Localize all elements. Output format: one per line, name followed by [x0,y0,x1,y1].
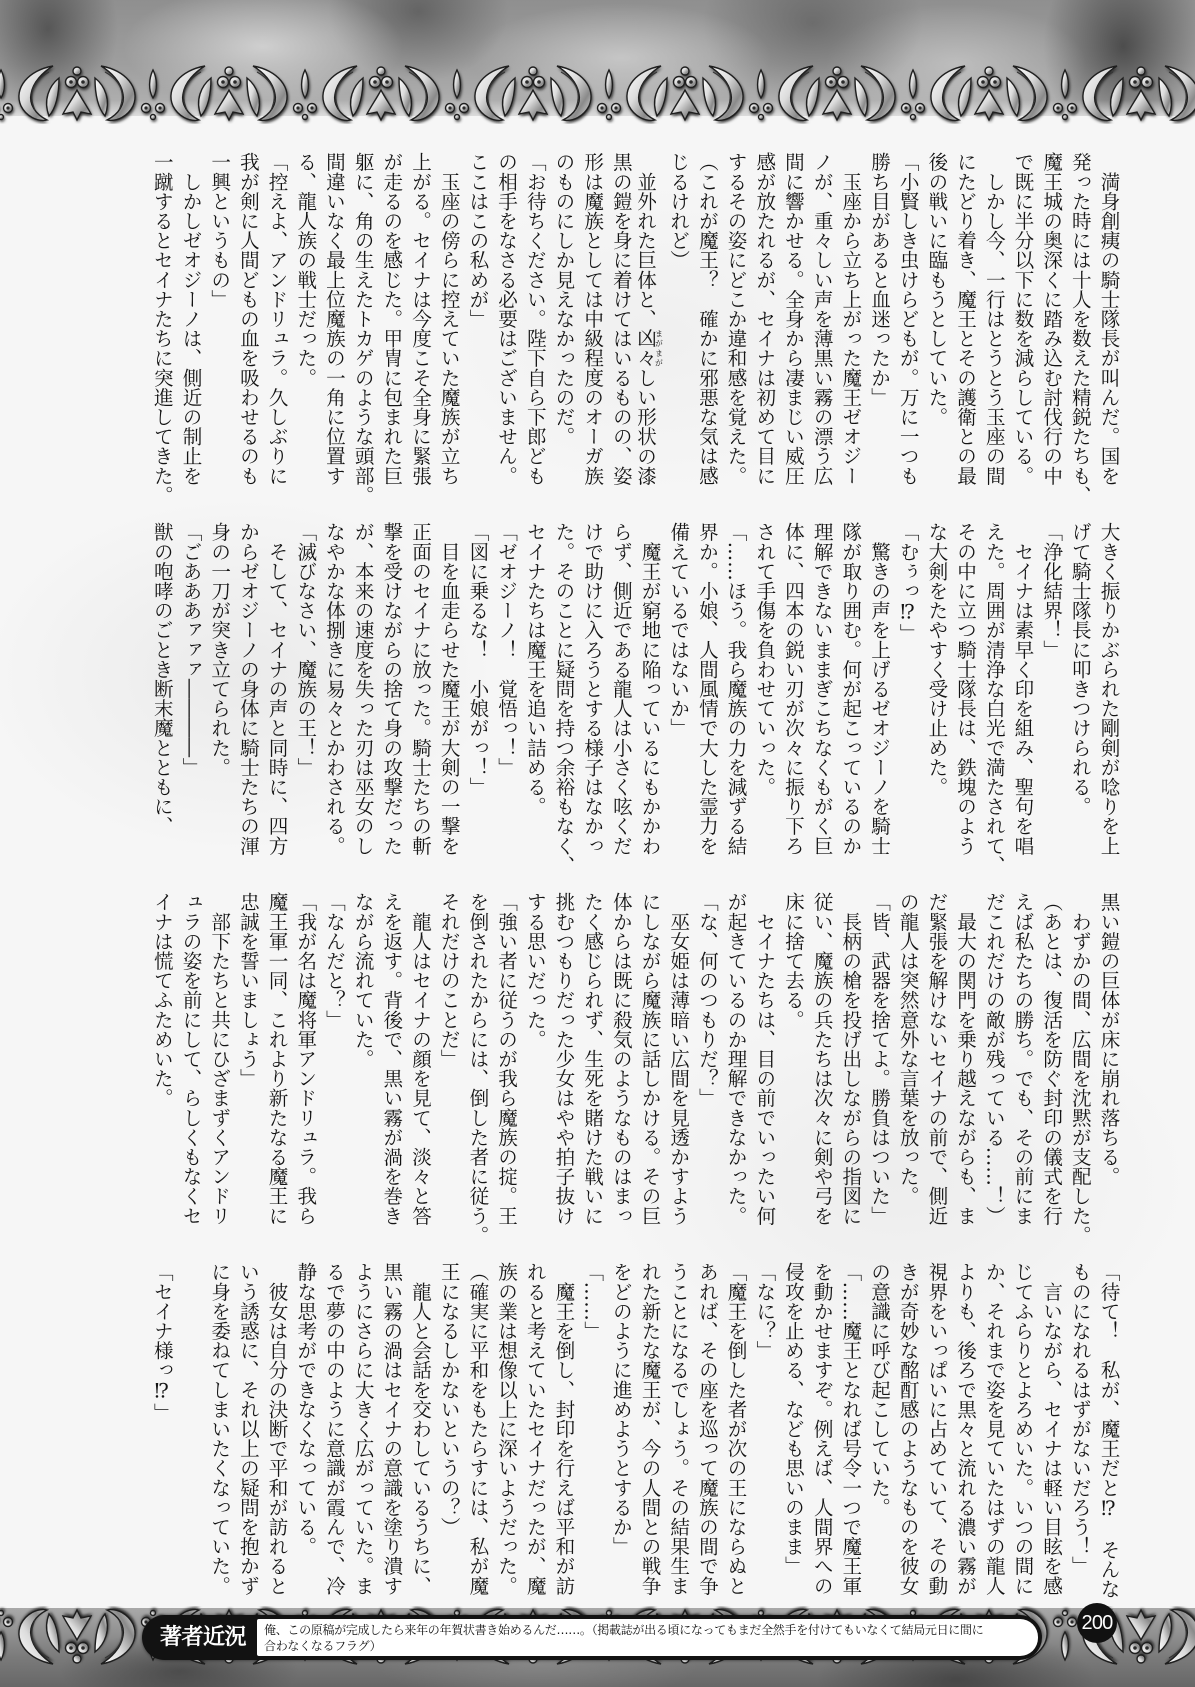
text-column: る、龍人族の戦士だった。 [290,152,319,488]
text-column: 後の戦いに臨もうとしていた。 [921,152,950,488]
text-column: にしながら魔族に話しかける。その巨 [634,892,663,1228]
text-column: 「強い者に従うのが我ら魔族の掟。王 [491,892,520,1228]
text-column: えた。周囲が清浄な白光で満たされて、 [979,522,1008,858]
text-column: 驚きの声を上げるゼオジーノを騎士 [864,522,893,858]
text-column: 身の一刀が突き立てられた。 [204,522,233,858]
text-column: 龍人と会話を交わしているうちに、 [405,1262,434,1598]
text-column: 「待て！ 私が、魔王だと⁉ そんな [1093,1262,1122,1598]
text-column: 龍人はセイナの顔を見て、淡々と答 [405,892,434,1228]
text-column: セイナたちは、目の前でいったい何 [749,892,778,1228]
text-column: あれば、その座を巡って魔族の間で争 [692,1262,721,1598]
text-column: （あとは、復活を防ぐ封印の儀式を行 [1036,892,1065,1228]
text-column: 静な思考ができなくなっている。 [290,1262,319,1598]
ruby-reading: まがまが [655,328,664,367]
text-column: 最大の関門を乗り越えながらも、ま [950,892,979,1228]
text-column: 「な、何のつもりだ？」 [692,892,721,1228]
text-column: にたどり着き、魔王とその護衛との最 [950,152,979,488]
text-column: ノが、重々しい声を薄黒い霧の漂う広 [806,152,835,488]
text-column: 従い、魔族の兵たちは次々に剣や弓を [806,892,835,1228]
text-column: 備えているではないか」 [663,522,692,858]
text-column: セイナたちは魔王を追い詰める。 [520,522,549,858]
author-note-box: 俺、この原稿が完成したら来年の年賀状書き始めるんだ……。（掲載誌が出る頃になって… [257,1619,1038,1656]
text-column: 「……ほう。我ら魔族の力を減ずる結 [720,522,749,858]
text-column: その中に立つ騎士隊長は、鉄塊のよう [950,522,979,858]
text-column: 床に捨て去る。 [778,892,807,1228]
text-column: をどのように進めようとするか」 [606,1262,635,1598]
text-column: 獣の咆哮のごとき断末魔とともに、 [147,522,176,858]
text-column: 忠誠を誓いましょう」 [233,892,262,1228]
text-column: えば私たちの勝ち。でも、その前にま [1007,892,1036,1228]
text-column: れた新たな魔王が、今の人間との戦争 [634,1262,663,1598]
text-column: 正面のセイナに放った。騎士たちの斬 [405,522,434,858]
text-column: ュラの姿を前にして、らしくもなくセ [175,892,204,1228]
ruby-annotation: 凶々まがまが [634,328,657,367]
text-column: らず、側近である龍人は小さく呟くだ [606,522,635,858]
text-column: 「小賢しき虫けらどもが。万に一つも [893,152,922,488]
text-column: が走るのを感じた。甲冑に包まれた巨 [376,152,405,488]
text-column: 玉座から立ち上がった魔王ゼオジー [835,152,864,488]
text-column: を倒されたからには、倒した者に従う。 [462,892,491,1228]
text-column: 「……魔王となれば号令一つで魔王軍 [835,1262,864,1598]
text-column: 侵攻を止める、なども思いのまま」 [778,1262,807,1598]
text-column: 「滅びなさい、魔族の王！」 [290,522,319,858]
text-column: 理解できないままぎこちなくもがく巨 [806,522,835,858]
text-column: 彼女は自分の決断で平和が訪れると [261,1262,290,1598]
text-column: のものにしか見えなかったのだ。 [548,152,577,488]
text-column: 勝ち目があると血迷ったか」 [864,152,893,488]
text-column: けで助けに入ろうとする様子はなかっ [577,522,606,858]
text-column: を動かせますぞ。例えば、人間界への [806,1262,835,1598]
author-note-line-2: 合わなくなるフラグ） [264,1638,1038,1654]
text-column: からゼオジーノの身体に騎士たちの渾 [233,522,262,858]
text-column: 界か。小娘、人間風情で大した霊力を [692,522,721,858]
author-note-line-1: 俺、この原稿が完成したら来年の年賀状書き始めるんだ……。（掲載誌が出る頃になって… [264,1622,1038,1638]
text-column: 王になるしかないというの？） [434,1262,463,1598]
text-column: 長柄の槍を投げ出しながらの指図に [835,892,864,1228]
text-column: が起きているのか理解できなかった。 [720,892,749,1228]
text-column: で既に半分以下に数を減らしている。 [1007,152,1036,488]
text-column: 「魔王を倒した者が次の王にならぬと [720,1262,749,1598]
text-column: きが奇妙な酩酊感のようなものを彼女 [893,1262,922,1598]
text-column [175,1262,204,1598]
text-column: ここはこの私めが」 [462,152,491,488]
text-column: 族の業は想像以上に深いようだった。 [491,1262,520,1598]
text-tier-4: 「待て！ 私が、魔王だと⁉ そんな ものになれるはずがないだろう！」 言いながら… [146,1262,1122,1598]
text-column: たく感じられず、生死を賭けた戦いに [577,892,606,1228]
text-column: 間に響かせる。全身から凄まじい威圧 [778,152,807,488]
text-column: じるけれど） [663,152,692,488]
text-column: 大きく振りかぶられた剛剣が唸りを上 [1093,522,1122,858]
text-column: 体からは既に殺気のようなものはまっ [606,892,635,1228]
text-column: しかしゼオジーノは、側近の制止を [175,152,204,488]
text-column: の相手をなさる必要はございません。 [491,152,520,488]
text-column: 「なんだと？」 [319,892,348,1228]
text-column: 「皆、武器を捨てよ。勝負はついた」 [864,892,893,1228]
text-column: 黒の鎧を身に着けてはいるものの、姿 [606,152,635,488]
page-number-badge: 200 [1077,1603,1117,1643]
text-column: 巫女姫は薄暗い広間を見透かすよう [663,892,692,1228]
text-column: げて騎士隊長に叩きつけられる。 [1065,522,1094,858]
text-column: 上がる。セイナは今度こそ全身に緊張 [405,152,434,488]
text-column: 「ごあああァァァ――――」 [175,522,204,858]
text-column: 黒い鎧の巨体が床に崩れ落ちる。 [1093,892,1122,1228]
text-tier-1: 満身創痍の騎士隊長が叫んだ。国を 発った時には十人を数えた精鋭たちも、 魔王城の… [146,152,1122,488]
text-tier-3: 黒い鎧の巨体が床に崩れ落ちる。 わずかの間、広間を沈黙が支配した。 （あとは、復… [146,892,1122,1228]
header-ornament-band [0,62,1195,124]
text-column: いう誘惑に、それ以上の疑問を抱かず [233,1262,262,1598]
text-column: だ緊張を解けないセイナの前で、側近 [921,892,950,1228]
text-column: うことになるでしょう。その結果生ま [663,1262,692,1598]
text-column: そして、セイナの声と同時に、四方 [261,522,290,858]
text-column: 「ゼオジーノ！ 覚悟っ！」 [491,522,520,858]
text-column: な大剣をたやすく受け止めた。 [921,522,950,858]
text-column: 撃を受けながらの捨て身の攻撃だった [376,522,405,858]
text-column: 玉座の傍らに控えていた魔族が立ち [434,152,463,488]
text-column: しかし今、一行はとうとう玉座の間 [979,152,1008,488]
text-column: よりも、後ろで黒々と流れる濃い霧が [950,1262,979,1598]
text-column: るで夢の中のように意識が霞んで、冷 [319,1262,348,1598]
text-column: ものになれるはずがないだろう！」 [1065,1262,1094,1598]
text-column: 魔王軍一同、これより新たなる魔王に [261,892,290,1228]
text-column: ながら流れていた。 [347,892,376,1228]
text-column: 魔王が窮地に陥っているにもかかわ [634,522,663,858]
text-column: 「我が名は魔将軍アンドリュラ。我ら [290,892,319,1228]
text-column: する思いだった。 [520,892,549,1228]
text-column: 挑むつもりだった少女はやや拍子抜け [548,892,577,1228]
text-column: なやかな体捌きに易々とかわされる。 [319,522,348,858]
text-column: た。そのことに疑問を持つ余裕もなく、 [548,522,577,858]
text-column: 「控えよ、アンドリュラ。久しぶりに [261,152,290,488]
text-column: 隊が取り囲む。何が起こっているのか [835,522,864,858]
text-tier-2: 大きく振りかぶられた剛剣が唸りを上 げて騎士隊長に叩きつけられる。 「浄化結界！… [146,522,1122,858]
text-column: が、本来の速度を失った刃は巫女のし [347,522,376,858]
text-column: （確実に平和をもたらすには、私が魔 [462,1262,491,1598]
text-column: の龍人は突然意外な言葉を放った。 [893,892,922,1228]
text-column: 部下たちと共にひざまずくアンドリ [204,892,233,1228]
text-column: 形は魔族としては中級程度のオーガ族 [577,152,606,488]
text-column: （これが魔王？ 確かに邪悪な気は感 [692,152,721,488]
text-column: 魔王を倒し、封印を行えば平和が訪 [548,1262,577,1598]
text-column: ようにさらに大きく広がっていた。ま [347,1262,376,1598]
author-note-label: 著者近況 [160,1622,246,1654]
text-column: 我が剣に人間どもの血を吸わせるのも [233,152,262,488]
text-column: れると考えていたセイナだったが、魔 [520,1262,549,1598]
text-column: 感が放たれるが、セイナは初めて目に [749,152,778,488]
text-column: 「セイナ様っ⁉」 [147,1262,176,1598]
text-column: セイナは素早く印を組み、聖句を唱 [1007,522,1036,858]
text-column: 黒い霧の渦はセイナの意識を塗り潰す [376,1262,405,1598]
text-column: 間違いなく最上位魔族の一角に位置す [319,152,348,488]
text-segment: しい形状の漆 [634,368,657,486]
text-column: 体に、四本の鋭い刃が次々に振り下ろ [778,522,807,858]
text-column: 「図に乗るな！ 小娘がっ！」 [462,522,491,858]
ruby-base: 凶々 [634,328,657,367]
text-column: の意識に呼び起こしていた。 [864,1262,893,1598]
text-column: えを返す。背後で、黒い霧が渦を巻き [376,892,405,1228]
text-column: 「……」 [577,1262,606,1598]
text-column: 「浄化結界！」 [1036,522,1065,858]
text-column: 視界をいっぱいに占めていて、その動 [921,1262,950,1598]
text-segment: 並外れた巨体と、 [634,152,657,328]
text-column: じてふらりとよろめいた。いつの間に [1007,1262,1036,1598]
text-column: 「むぅっ⁉」 [893,522,922,858]
text-column: わずかの間、広間を沈黙が支配した。 [1065,892,1094,1228]
text-column: 言いながら、セイナは軽い目眩を感 [1036,1262,1065,1598]
text-column-with-ruby: 並外れた巨体と、凶々まがまがしい形状の漆 [634,152,663,488]
text-column: イナは慌てふためいた。 [147,892,176,1228]
text-column: 発った時には十人を数えた精鋭たちも、 [1065,152,1094,488]
text-column: それだけのことだ」 [434,892,463,1228]
text-column: 「お待ちください。陛下自ら下郎ども [520,152,549,488]
text-column: されて手傷を負わせていった。 [749,522,778,858]
text-column: 一興というもの」 [204,152,233,488]
text-column: 一蹴するとセイナたちに突進してきた。 [147,152,176,488]
text-column: だこれだけの敵が残っている……！） [979,892,1008,1228]
text-column: 躯に、角の生えたトカゲのような頭部。 [347,152,376,488]
text-column: 「なに？」 [749,1262,778,1598]
text-column: 目を血走らせた魔王が大剣の一撃を [434,522,463,858]
text-column: か、それまで姿を見ていたはずの龍人 [979,1262,1008,1598]
text-column: 満身創痍の騎士隊長が叫んだ。国を [1093,152,1122,488]
text-column: 魔王城の奥深くに踏み込む討伐行の中 [1036,152,1065,488]
text-column: に身を委ねてしまいたくなっていた。 [204,1262,233,1598]
text-column: するその姿にどこか違和感を覚えた。 [720,152,749,488]
